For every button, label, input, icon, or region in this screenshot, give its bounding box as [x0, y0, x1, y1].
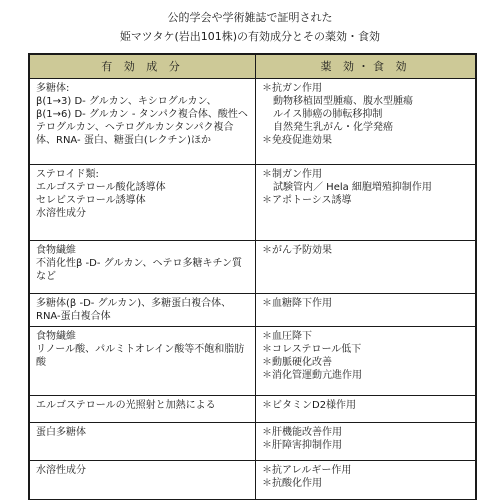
text-line: 蛋白多糖体 — [36, 426, 249, 439]
text-line: ＊肝機能改善作用 — [262, 426, 469, 439]
component-cell: 多糖体(β -D- グルカン)、多糖蛋白複合体、RNA-蛋白複合体 — [29, 294, 256, 327]
text-line: エルゴステロールの光照射と加熱による — [36, 399, 249, 412]
component-cell: 多糖体:β(1→3) D- グルカン、キシログルカン、 β(1→6) D- グル… — [29, 79, 256, 165]
effects-cell: ＊抗アレルギー作用＊抗酸化作用 — [256, 461, 477, 500]
text-line: ＊血圧降下 — [262, 330, 469, 343]
text-line: ＊免疫促進効果 — [262, 134, 469, 147]
effects-table: 有 効 成 分 薬 効・食 効 多糖体:β(1→3) D- グルカン、キシログル… — [28, 53, 477, 500]
text-line: エルゴステロール酸化誘導体 — [36, 181, 249, 194]
text-line: ＊ビタミンD2様作用 — [262, 399, 469, 412]
document-page: 公的学会や学術雑誌で証明された 姫マツタケ(岩出101株)の有効成分とその薬効・… — [0, 0, 500, 500]
component-cell: 蛋白多糖体 — [29, 423, 256, 461]
text-line: ＊動脈硬化改善 — [262, 356, 469, 369]
text-line: ＊抗ガン作用 — [262, 82, 469, 95]
text-line: ＊抗酸化作用 — [262, 477, 469, 490]
column-header-components: 有 効 成 分 — [29, 54, 256, 79]
column-header-effects: 薬 効・食 効 — [256, 54, 477, 79]
effects-cell: ＊肝機能改善作用＊肝障害抑制作用 — [256, 423, 477, 461]
effects-cell: ＊抗ガン作用動物移植固型腫瘍、腹水型腫瘍ルイス肺癌の肺転移抑制自然発生乳がん・化… — [256, 79, 477, 165]
header-row: 有 効 成 分 薬 効・食 効 — [29, 54, 476, 79]
table-row: 食物繊維リノール酸、パルミトオレイン酸等不飽和脂肪酸＊血圧降下＊コレステロール低… — [29, 327, 476, 396]
text-line: ＊制ガン作用 — [262, 168, 469, 181]
text-line: 不消化性β -D- グルカン、ヘテロ多糖キチン質など — [36, 257, 249, 283]
text-line: β(1→3) D- グルカン、キシログルカン、 β(1→6) D- グルカン -… — [36, 95, 249, 147]
text-line: 試験管内／ Hela 細胞増殖抑制作用 — [262, 181, 469, 194]
text-line: 多糖体: — [36, 82, 249, 95]
text-line: ＊がん予防効果 — [262, 244, 469, 257]
text-line: 自然発生乳がん・化学発癌 — [262, 121, 469, 134]
effects-cell: ＊制ガン作用試験管内／ Hela 細胞増殖抑制作用＊アポトーシス誘導 — [256, 165, 477, 241]
text-line: ＊肝障害抑制作用 — [262, 439, 469, 452]
effects-cell: ＊がん予防効果 — [256, 241, 477, 294]
table-row: 蛋白多糖体＊肝機能改善作用＊肝障害抑制作用 — [29, 423, 476, 461]
table-row: ステロイド類:エルゴステロール酸化誘導体セレビステロール誘導体水溶性成分＊制ガン… — [29, 165, 476, 241]
text-line: 食物繊維 — [36, 330, 249, 343]
component-cell: ステロイド類:エルゴステロール酸化誘導体セレビステロール誘導体水溶性成分 — [29, 165, 256, 241]
effects-cell: ＊血糖降下作用 — [256, 294, 477, 327]
table-body: 多糖体:β(1→3) D- グルカン、キシログルカン、 β(1→6) D- グル… — [29, 79, 476, 500]
effects-cell: ＊血圧降下＊コレステロール低下＊動脈硬化改善＊消化管運動亢進作用 — [256, 327, 477, 396]
document-title: 公的学会や学術雑誌で証明された 姫マツタケ(岩出101株)の有効成分とその薬効・… — [0, 0, 500, 46]
text-line: ＊アポトーシス誘導 — [262, 194, 469, 207]
title-line-2: 姫マツタケ(岩出101株)の有効成分とその薬効・食効 — [0, 27, 500, 46]
table-row: 水溶性成分＊抗アレルギー作用＊抗酸化作用 — [29, 461, 476, 500]
table-row: 多糖体(β -D- グルカン)、多糖蛋白複合体、RNA-蛋白複合体＊血糖降下作用 — [29, 294, 476, 327]
text-line: ステロイド類: — [36, 168, 249, 181]
component-cell: 水溶性成分 — [29, 461, 256, 500]
text-line: ＊コレステロール低下 — [262, 343, 469, 356]
component-cell: 食物繊維不消化性β -D- グルカン、ヘテロ多糖キチン質など — [29, 241, 256, 294]
table-row: 食物繊維不消化性β -D- グルカン、ヘテロ多糖キチン質など＊がん予防効果 — [29, 241, 476, 294]
text-line: ＊消化管運動亢進作用 — [262, 369, 469, 382]
component-cell: エルゴステロールの光照射と加熱による — [29, 396, 256, 423]
text-line: ＊抗アレルギー作用 — [262, 464, 469, 477]
effects-cell: ＊ビタミンD2様作用 — [256, 396, 477, 423]
text-line: セレビステロール誘導体 — [36, 194, 249, 207]
title-line-1: 公的学会や学術雑誌で証明された — [0, 8, 500, 27]
text-line: ＊血糖降下作用 — [262, 297, 469, 310]
table-row: エルゴステロールの光照射と加熱による＊ビタミンD2様作用 — [29, 396, 476, 423]
text-line: 多糖体(β -D- グルカン)、多糖蛋白複合体、RNA-蛋白複合体 — [36, 297, 249, 323]
text-line: 水溶性成分 — [36, 464, 249, 477]
table-header: 有 効 成 分 薬 効・食 効 — [29, 54, 476, 79]
table-row: 多糖体:β(1→3) D- グルカン、キシログルカン、 β(1→6) D- グル… — [29, 79, 476, 165]
text-line: 食物繊維 — [36, 244, 249, 257]
component-cell: 食物繊維リノール酸、パルミトオレイン酸等不飽和脂肪酸 — [29, 327, 256, 396]
text-line: 水溶性成分 — [36, 207, 249, 220]
text-line: 動物移植固型腫瘍、腹水型腫瘍 — [262, 95, 469, 108]
text-line: リノール酸、パルミトオレイン酸等不飽和脂肪酸 — [36, 343, 249, 369]
text-line: ルイス肺癌の肺転移抑制 — [262, 108, 469, 121]
